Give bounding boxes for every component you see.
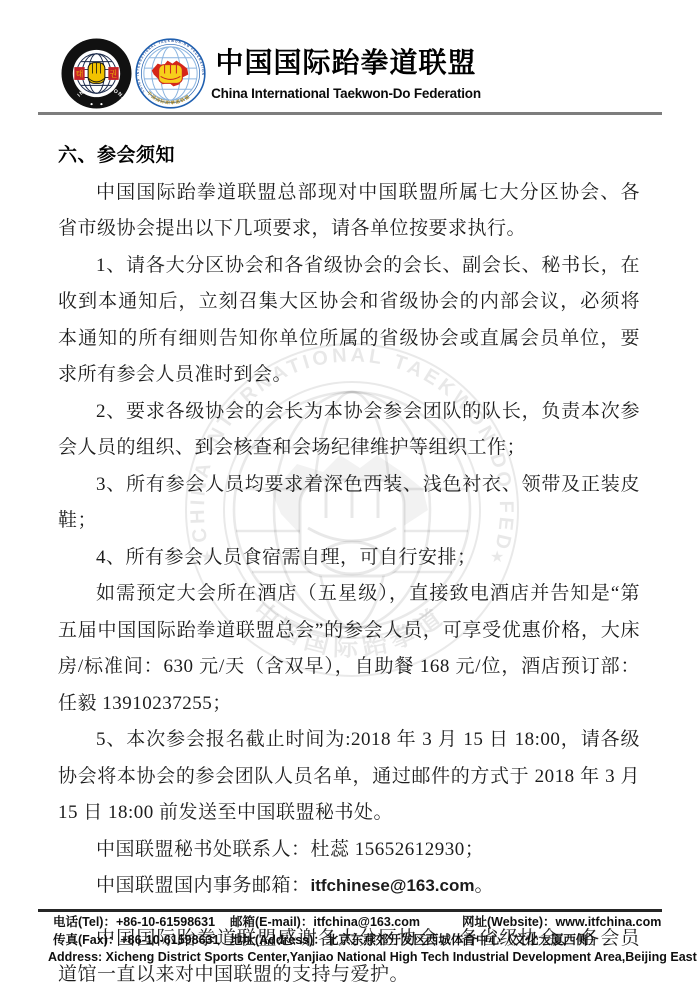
header-divider <box>38 112 662 115</box>
notice-paragraph-4: 4、所有参会人员食宿需自理，可自行安排； <box>58 540 640 577</box>
section-heading: 六、参会须知 <box>58 138 640 175</box>
footer-divider <box>38 909 662 912</box>
itf-korean-right: 권 <box>110 68 118 78</box>
notice-paragraph-3: 3、所有参会人员均要求着深色西装、浅色衬衣、领带及正装皮鞋； <box>58 467 640 540</box>
email-label: 中国联盟国内事务邮箱： <box>96 875 311 896</box>
logo-group: INTERNATIONAL TAEKWON-DO FEDERATION 태 권 <box>61 38 206 109</box>
itf-badge-icon: INTERNATIONAL TAEKWON-DO FEDERATION 태 권 <box>61 38 132 109</box>
fax-label: 传真(Fax)： <box>53 933 120 947</box>
notice-paragraph-hotel: 如需预定大会所在酒店（五星级），直接致电酒店并告知是“第五届中国国际跆拳道联盟总… <box>58 576 640 722</box>
website-value: www.itfchina.com <box>556 915 662 929</box>
address-cn-value: 北京东燕郊开发区西城体育中心（文化大厦西侧） <box>326 933 601 947</box>
footer-address-cn: 地址(Address)：北京东燕郊开发区西城体育中心（文化大厦西侧） <box>230 933 601 948</box>
notice-body: 六、参会须知 中国国际跆拳道联盟总部现对中国联盟所属七大分区协会、各省市级协会提… <box>58 138 640 990</box>
tel-label: 电话(Tel)： <box>53 915 116 929</box>
email-label: 邮箱(E-mail)： <box>230 915 313 929</box>
email-address: itfchinese@163.com <box>311 876 475 895</box>
notice-paragraph-contact: 中国联盟秘书处联系人：杜蕊 15652612930； <box>58 832 640 869</box>
email-value: itfchina@163.com <box>313 915 420 929</box>
notice-paragraph-email: 中国联盟国内事务邮箱：itfchinese@163.com。 <box>58 868 640 905</box>
footer-email: 邮箱(E-mail)：itfchina@163.com <box>230 915 420 930</box>
notice-page: CHINA INTERNATIONAL TAEKWON-DO FEDERATIO… <box>0 0 700 990</box>
org-title: 中国国际跆拳道联盟 <box>206 48 486 78</box>
footer-website: 网址(Website)：www.itfchina.com <box>462 915 661 930</box>
citf-badge-icon: CHINA INTERNATIONAL TAEKWON-DO FEDERATIO… <box>135 38 206 109</box>
itf-korean-left: 태 <box>76 68 84 78</box>
org-subtitle: China International Taekwon-Do Federatio… <box>206 86 486 101</box>
notice-paragraph-2: 2、要求各级协会的会长为本协会参会团队的队长，负责本次参会人员的组织、到会核查和… <box>58 394 640 467</box>
address-label: 地址(Address)： <box>230 933 326 947</box>
header-text: 中国国际跆拳道联盟 China International Taekwon-Do… <box>206 48 486 101</box>
notice-paragraph-5: 5、本次参会报名截止时间为:2018 年 3 月 15 日 18:00，请各级协… <box>58 722 640 832</box>
notice-paragraph-intro: 中国国际跆拳道联盟总部现对中国联盟所属七大分区协会、各省市级协会提出以下几项要求… <box>58 175 640 248</box>
footer-fax: 传真(Fax)：+86-10-61598631 <box>53 933 219 948</box>
website-label: 网址(Website)： <box>462 915 556 929</box>
footer-tel: 电话(Tel)：+86-10-61598631 <box>53 915 215 930</box>
itf-fist <box>88 63 105 84</box>
fax-value: +86-10-61598631 <box>120 933 219 947</box>
citf-fist <box>159 65 183 84</box>
email-suffix: 。 <box>475 875 495 896</box>
notice-paragraph-1: 1、请各大分区协会和各省级协会的会长、副会长、秘书长，在收到本通知后，立刻召集大… <box>58 248 640 394</box>
tel-value: +86-10-61598631 <box>116 915 215 929</box>
footer-address-en: Address: Xicheng District Sports Center,… <box>48 950 697 965</box>
